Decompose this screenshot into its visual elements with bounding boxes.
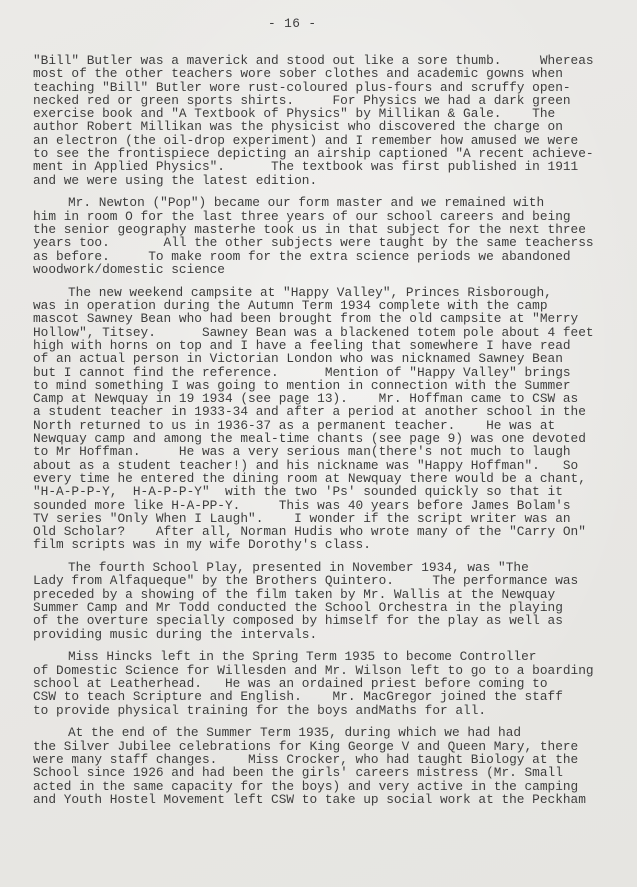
text-line: At the end of the Summer Term 1935, duri… — [33, 726, 629, 739]
text-line: Miss Hincks left in the Spring Term 1935… — [33, 650, 629, 663]
text-line: mascot Sawney Bean who had been brought … — [33, 312, 629, 325]
paragraph: The fourth School Play, presented in Nov… — [33, 561, 629, 641]
text-line: School since 1926 and had been the girls… — [33, 766, 629, 779]
text-line: high with horns on top and I have a feel… — [33, 339, 629, 352]
document-page: - 16 - "Bill" Butler was a maverick and … — [0, 0, 637, 887]
text-line: the senior geography masterhe took us in… — [33, 223, 629, 236]
text-line: to Mr Hoffman. He was a very serious man… — [33, 445, 629, 458]
page-number: - 16 - — [268, 17, 316, 30]
text-line: TV series "Only When I Laugh". I wonder … — [33, 512, 629, 525]
text-line: years too. All the other subjects were t… — [33, 236, 629, 249]
paragraph: At the end of the Summer Term 1935, duri… — [33, 726, 629, 806]
text-line: Newquay camp and among the meal-time cha… — [33, 432, 629, 445]
text-line: of an actual person in Victorian London … — [33, 352, 629, 365]
text-line: every time he entered the dining room at… — [33, 472, 629, 485]
text-line: of Domestic Science for Willesden and Mr… — [33, 664, 629, 677]
text-line: were many staff changes. Miss Crocker, w… — [33, 753, 629, 766]
text-line: author Robert Millikan was the physicist… — [33, 120, 629, 133]
text-line: most of the other teachers wore sober cl… — [33, 67, 629, 80]
text-line: The fourth School Play, presented in Nov… — [33, 561, 629, 574]
text-line: North returned to us in 1936-37 as a per… — [33, 419, 629, 432]
text-line: and we were using the latest edition. — [33, 174, 629, 187]
text-line: preceded by a showing of the film taken … — [33, 588, 629, 601]
text-line: ment in Applied Physics". The textbook w… — [33, 160, 629, 173]
text-line: to see the frontispiece depicting an air… — [33, 147, 629, 160]
text-line: "Bill" Butler was a maverick and stood o… — [33, 54, 629, 67]
text-line: acted in the same capacity for the boys)… — [33, 780, 629, 793]
paragraph: The new weekend campsite at "Happy Valle… — [33, 286, 629, 552]
text-line: him in room O for the last three years o… — [33, 210, 629, 223]
text-line: exercise book and "A Textbook of Physics… — [33, 107, 629, 120]
text-line: about as a student teacher!) and his nic… — [33, 459, 629, 472]
text-line: film scripts was in my wife Dorothy's cl… — [33, 538, 629, 551]
paragraph: Mr. Newton ("Pop") became our form maste… — [33, 196, 629, 276]
text-line: "H-A-P-P-Y, H-A-P-P-Y" with the two 'Ps'… — [33, 485, 629, 498]
paragraph: Miss Hincks left in the Spring Term 1935… — [33, 650, 629, 716]
text-line: Summer Camp and Mr Todd conducted the Sc… — [33, 601, 629, 614]
text-line: sounded more like H-A-PP-Y. This was 40 … — [33, 499, 629, 512]
text-line: necked red or green sports shirts. For P… — [33, 94, 629, 107]
text-line: Old Scholar? After all, Norman Hudis who… — [33, 525, 629, 538]
text-line: to mind something I was going to mention… — [33, 379, 629, 392]
text-line: and Youth Hostel Movement left CSW to ta… — [33, 793, 629, 806]
text-line: an electron (the oil-drop experiment) an… — [33, 134, 629, 147]
text-line: providing music during the intervals. — [33, 628, 629, 641]
text-line: school at Leatherhead. He was an ordaine… — [33, 677, 629, 690]
text-line: the Silver Jubilee celebrations for King… — [33, 740, 629, 753]
text-line: as before. To make room for the extra sc… — [33, 250, 629, 263]
page-text: "Bill" Butler was a maverick and stood o… — [33, 54, 629, 806]
text-line: but I cannot find the reference. Mention… — [33, 366, 629, 379]
paragraph: "Bill" Butler was a maverick and stood o… — [33, 54, 629, 187]
text-line: CSW to teach Scripture and English. Mr. … — [33, 690, 629, 703]
text-line: a student teacher in 1933-34 and after a… — [33, 405, 629, 418]
text-line: The new weekend campsite at "Happy Valle… — [33, 286, 629, 299]
text-line: to provide physical training for the boy… — [33, 704, 629, 717]
text-line: Camp at Newquay in 19 1934 (see page 13)… — [33, 392, 629, 405]
text-line: Hollow", Titsey. Sawney Bean was a black… — [33, 326, 629, 339]
text-line: Lady from Alfaqueque" by the Brothers Qu… — [33, 574, 629, 587]
text-line: was in operation during the Autumn Term … — [33, 299, 629, 312]
text-line: teaching "Bill" Butler wore rust-coloure… — [33, 81, 629, 94]
text-line: of the overture specially composed by hi… — [33, 614, 629, 627]
text-line: woodwork/domestic science — [33, 263, 629, 276]
text-line: Mr. Newton ("Pop") became our form maste… — [33, 196, 629, 209]
